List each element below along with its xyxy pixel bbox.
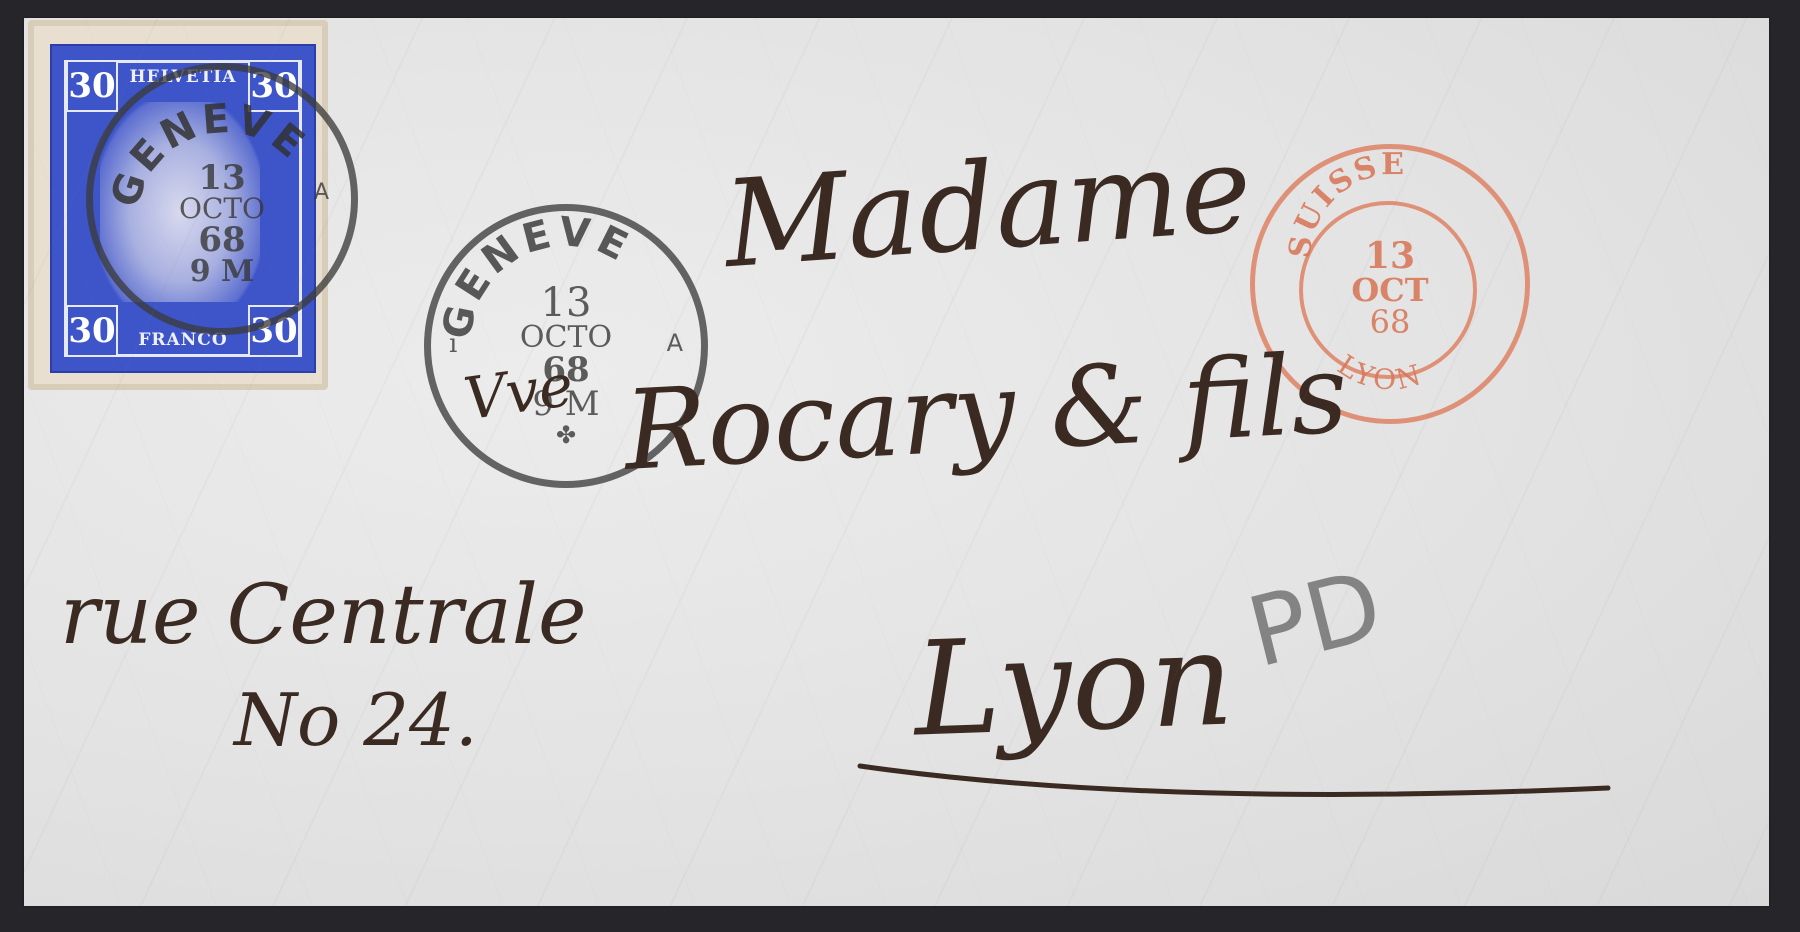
svg-text:SUISSE: SUISSE [1282, 149, 1407, 260]
address-name: Rocary & fils [621, 329, 1351, 495]
postmark-letter: A [667, 329, 683, 357]
postmark-city-arc: GENEVE [93, 70, 351, 328]
svg-text:GENEVE: GENEVE [434, 211, 639, 343]
address-number: No 24. [234, 678, 478, 762]
address-street: rue Centrale [60, 568, 586, 663]
envelope: 30 30 30 30 HELVETIA FRANCO GENEVE 13 OC… [24, 18, 1769, 906]
address-salutation: Madame [720, 120, 1256, 295]
postmark-letter: A [314, 180, 329, 205]
address-city: Lyon [911, 602, 1236, 765]
svg-text:GENEVE: GENEVE [102, 96, 316, 213]
geneve-cancel-postmark: GENEVE 13 OCTO 68 9 M A [86, 63, 358, 335]
city-underline [854, 758, 1614, 818]
postmark-dash: ı [449, 329, 457, 359]
pd-marking: PD [1237, 549, 1392, 690]
